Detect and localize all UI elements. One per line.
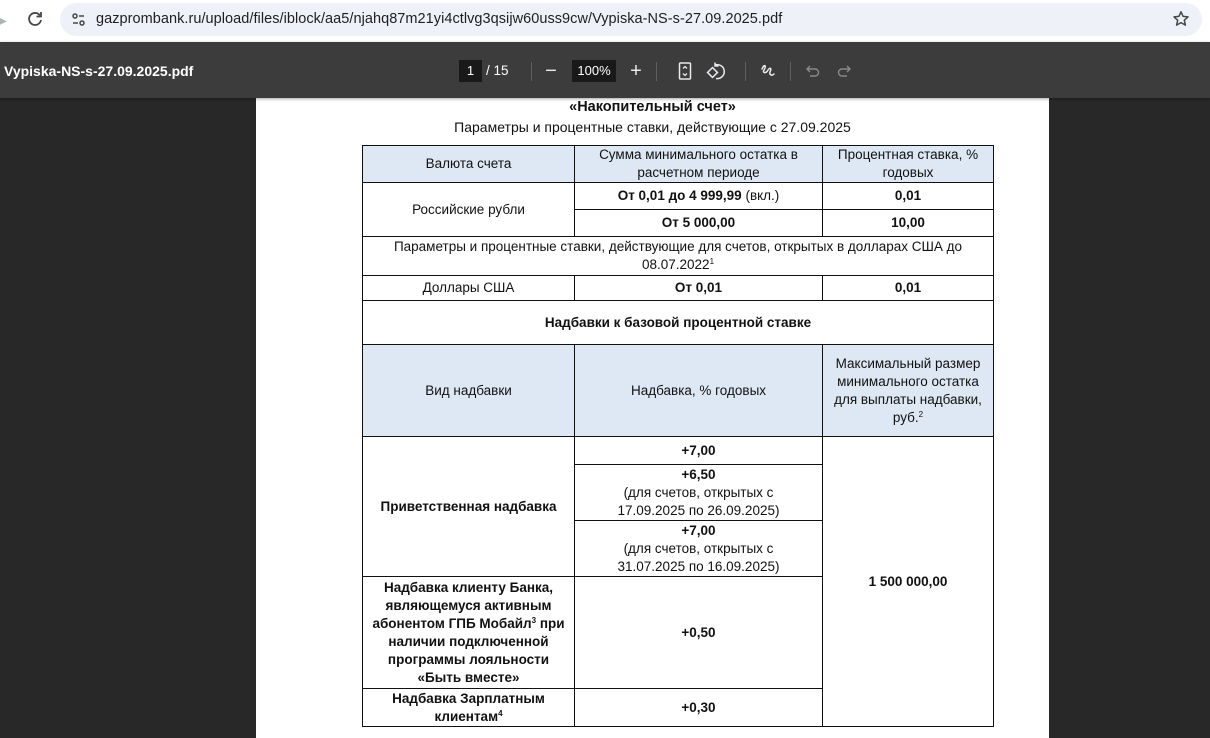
table-header-row: Валюта счета Сумма минимального остатка … — [363, 146, 994, 183]
fit-to-page-button[interactable] — [673, 59, 697, 83]
bonus-value-cell: +7,00 — [575, 437, 823, 465]
rotate-button[interactable] — [704, 59, 728, 83]
bonus-section-title: Надбавки к базовой процентной ставке — [363, 301, 994, 345]
range-cell: От 0,01 — [575, 276, 823, 301]
forward-button[interactable]: ▶ — [0, 9, 12, 31]
reload-icon — [24, 8, 46, 30]
page-total: / 15 — [486, 60, 509, 82]
draw-icon — [759, 62, 777, 80]
welcome-bonus-label: Приветственная надбавка — [363, 437, 575, 577]
bonus-value-cell: +7,00 (для счетов, открытых с 31.07.2025… — [575, 521, 823, 577]
rate-cell: 0,01 — [823, 183, 994, 210]
bonus-value-cell: +0,50 — [575, 577, 823, 689]
table-row: Параметры и процентные ставки, действующ… — [363, 237, 994, 276]
table-row: Приветственная надбавка +7,00 1 500 000,… — [363, 437, 994, 465]
toolbar-divider — [656, 62, 657, 81]
toolbar-divider — [531, 62, 532, 81]
bonus-section-row: Надбавки к базовой процентной ставке — [363, 301, 994, 345]
address-bar[interactable]: gazprombank.ru/upload/files/iblock/aa5/n… — [60, 3, 1202, 36]
zoom-out-button[interactable]: − — [539, 59, 563, 83]
bookmark-button[interactable] — [1172, 10, 1190, 28]
browser-toolbar: ▶ gazprombank.ru/upload/files/iblock/aa5… — [0, 0, 1210, 42]
page-number-input[interactable] — [459, 60, 482, 82]
header-currency: Валюта счета — [363, 146, 575, 183]
url-text[interactable]: gazprombank.ru/upload/files/iblock/aa5/n… — [96, 3, 782, 36]
salary-bonus-label: Надбавка Зарплатным клиентам4 — [363, 689, 575, 727]
pdf-toolbar: Vypiska-NS-s-27.09.2025.pdf / 15 − + — [0, 42, 1210, 98]
redo-button[interactable] — [832, 59, 856, 83]
tune-icon — [66, 7, 92, 33]
header-bonus-type: Вид надбавки — [363, 345, 575, 437]
minus-icon: − — [545, 60, 557, 83]
currency-rub: Российские рубли — [363, 183, 575, 237]
usd-note: Параметры и процентные ставки, действующ… — [363, 237, 994, 276]
range-cell: От 5 000,00 — [575, 210, 823, 237]
bonus-header-row: Вид надбавки Надбавка, % годовых Максима… — [363, 345, 994, 437]
zoom-level-input[interactable] — [572, 60, 616, 82]
reload-button[interactable] — [24, 8, 46, 30]
pdf-file-name: Vypiska-NS-s-27.09.2025.pdf — [4, 42, 193, 98]
header-max-balance: Максимальный размер минимального остатка… — [823, 345, 994, 437]
table-row: Российские рубли От 0,01 до 4 999,99 (вк… — [363, 183, 994, 210]
header-min-balance: Сумма минимального остатка в расчетном п… — [575, 146, 823, 183]
pdf-viewport[interactable]: «Накопительный счет» Параметры и процент… — [0, 98, 1210, 731]
toolbar-divider — [745, 62, 746, 81]
header-bonus-value: Надбавка, % годовых — [575, 345, 823, 437]
undo-icon — [805, 63, 821, 79]
bonus-value-cell: +0,30 — [575, 689, 823, 727]
rotate-icon — [706, 61, 726, 81]
star-icon — [1172, 10, 1190, 28]
toolbar-divider — [790, 62, 791, 81]
currency-usd: Доллары США — [363, 276, 575, 301]
arrow-right-icon: ▶ — [0, 12, 7, 28]
rate-cell: 0,01 — [823, 276, 994, 301]
rates-table: Валюта счета Сумма минимального остатка … — [362, 145, 994, 727]
document-subtitle: Параметры и процентные ставки, действующ… — [256, 119, 1049, 135]
document-title: «Накопительный счет» — [256, 99, 1049, 115]
undo-button[interactable] — [801, 59, 825, 83]
fit-to-page-icon — [678, 62, 692, 80]
max-balance-value: 1 500 000,00 — [823, 437, 994, 727]
rate-cell: 10,00 — [823, 210, 994, 237]
header-rate: Процентная ставка, % годовых — [823, 146, 994, 183]
annotate-button[interactable] — [756, 59, 780, 83]
bonus-value-cell: +6,50 (для счетов, открытых с 17.09.2025… — [575, 465, 823, 521]
zoom-in-button[interactable]: + — [624, 59, 648, 83]
range-cell: От 0,01 до 4 999,99 (вкл.) — [575, 183, 823, 210]
site-info-button[interactable] — [66, 7, 92, 33]
mobile-bonus-label: Надбавка клиенту Банка, являющемуся акти… — [363, 577, 575, 689]
table-row: Доллары США От 0,01 0,01 — [363, 276, 994, 301]
pdf-page: «Накопительный счет» Параметры и процент… — [256, 98, 1049, 731]
redo-icon — [836, 63, 852, 79]
plus-icon: + — [630, 60, 642, 83]
